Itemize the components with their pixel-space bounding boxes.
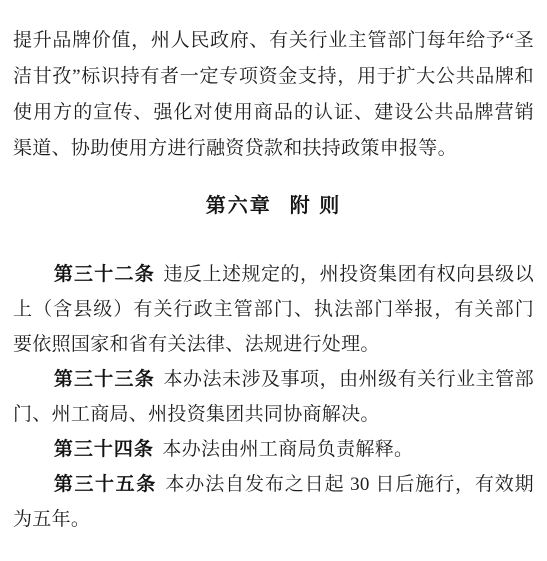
continuation-paragraph: 提升品牌价值，州人民政府、有关行业主管部门每年给予“圣洁甘孜”标识持有者一定专项… bbox=[13, 23, 534, 167]
article-35-label: 第三十五条 bbox=[54, 474, 157, 495]
chapter-title: 附 则 bbox=[290, 195, 342, 217]
chapter-heading: 第六章附 则 bbox=[0, 193, 547, 219]
article-34-paragraph: 第三十四条本办法由州工商局负责解释。 bbox=[13, 432, 534, 467]
articles-section: 第三十二条违反上述规定的，州投资集团有权向县级以上（含县级）有关行政主管部门、执… bbox=[13, 257, 534, 537]
chapter-number: 第六章 bbox=[206, 195, 272, 217]
document-page: 提升品牌价值，州人民政府、有关行业主管部门每年给予“圣洁甘孜”标识持有者一定专项… bbox=[0, 0, 547, 561]
article-33-label: 第三十三条 bbox=[54, 369, 155, 390]
article-34-label: 第三十四条 bbox=[54, 439, 154, 460]
article-35-paragraph: 第三十五条本办法自发布之日起 30 日后施行，有效期为五年。 bbox=[13, 467, 534, 537]
article-32-paragraph: 第三十二条违反上述规定的，州投资集团有权向县级以上（含县级）有关行政主管部门、执… bbox=[13, 257, 534, 362]
article-34-text: 本办法由州工商局负责解释。 bbox=[162, 439, 413, 460]
article-32-label: 第三十二条 bbox=[54, 264, 155, 285]
article-33-paragraph: 第三十三条本办法未涉及事项，由州级有关行业主管部门、州工商局、州投资集团共同协商… bbox=[13, 362, 534, 432]
